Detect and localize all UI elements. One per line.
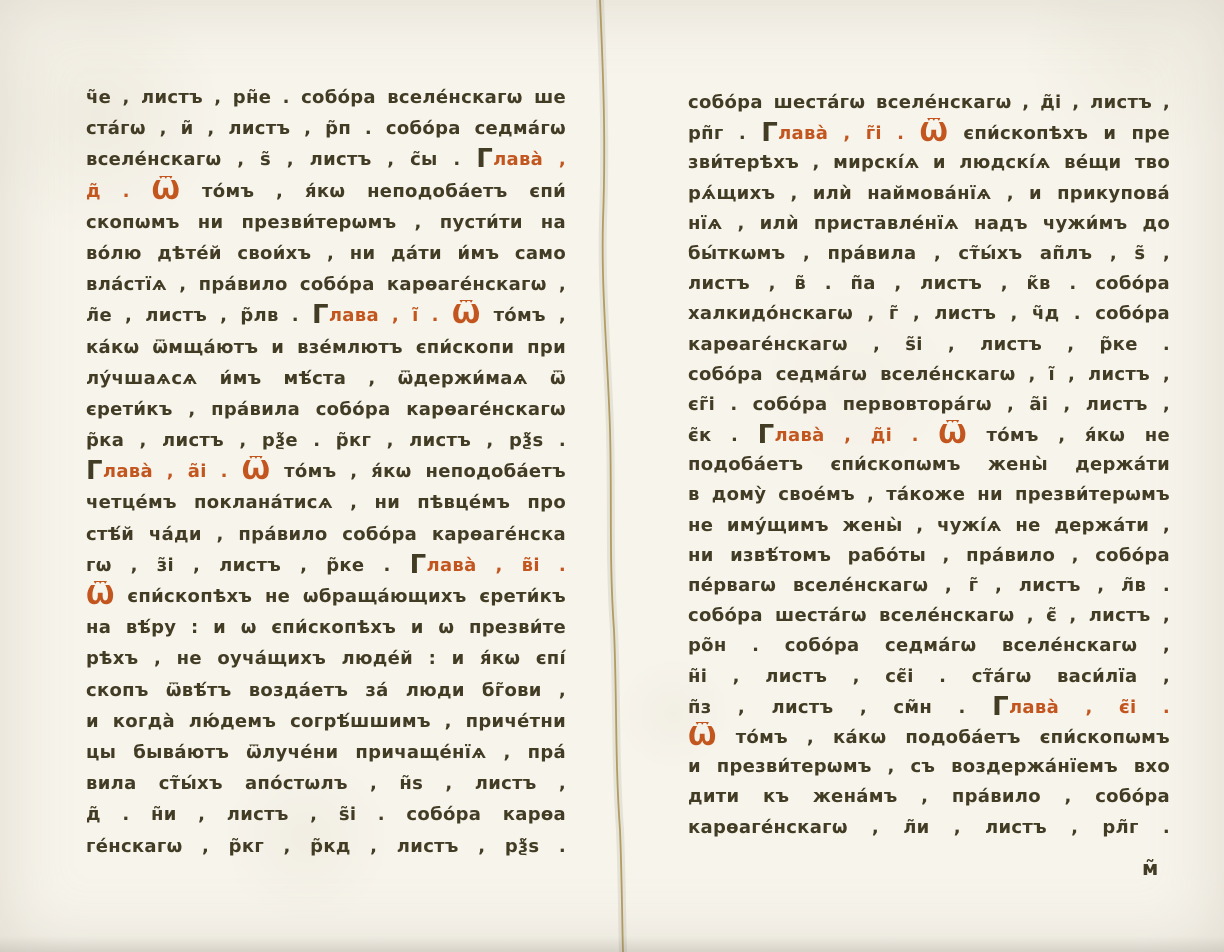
body-text: л̃е , листъ , р̃лв . <box>86 305 312 326</box>
body-text: п̃з , листъ , см̃н . <box>688 697 992 718</box>
rubric-initial: Ѿ <box>919 118 948 148</box>
rubric-text: лава̀ , <box>493 149 566 170</box>
quire-signature-mark: м̃ <box>1142 856 1158 880</box>
text-line: стѣ́й ча́ди , пра́вило собо́ра карѳаге́н… <box>86 519 566 550</box>
body-text: во́лю дѣте́й свои́хъ , ни да́ти и́мъ сам… <box>86 243 566 264</box>
body-text: листъ , в̃ . п̃а , листъ , к̃в . собо́ра <box>688 273 1170 294</box>
text-line: карѳаге́нскагѡ , л̃и , листъ , рл̃г . <box>688 813 1170 843</box>
rubric-text: лава̀ , є̃і . <box>1009 697 1170 718</box>
body-text: дити къ жена́мъ , пра́вило , собо́ра <box>688 786 1170 807</box>
text-line: Ѿ єпи́скопѣхъ не ѡбраща́ющихъ єрети́къ <box>86 581 566 612</box>
text-line: зви́терѣхъ , мирскі́ѧ и людскі́ѧ ве́щи т… <box>688 148 1170 178</box>
body-text: бы́ткѡмъ , пра́вила , ст̃ы́хъ ап̃лъ , ѕ̃… <box>688 243 1170 264</box>
body-text: карѳаге́нскагѡ , ѕ̃і , листъ , р̃ке . <box>688 334 1170 355</box>
body-text: подоба́етъ єпи́скопѡмъ жены̀ держа́ти <box>688 454 1170 475</box>
body-text: ста́гѡ , и̃ , листъ , р̃п . собо́ра седм… <box>86 118 566 139</box>
text-line: п̃з , листъ , см̃н . Глава̀ , є̃і . <box>688 692 1170 722</box>
rubric-text: лава̀ , а̃і . <box>103 461 242 482</box>
body-text: на вѣ́ру : и ѡ єпи́скопѣхъ и ѡ презви́те <box>86 617 566 638</box>
text-line: цы быва́ютъ ѿлуче́ни причаще́нїѧ , пра́ <box>86 737 566 768</box>
book-scan: ч̃е , листъ , рн̃е . собо́ра вселе́нскаг… <box>0 0 1224 952</box>
rubric-initial: Ѿ <box>452 300 481 330</box>
body-text: собо́ра шеста́гѡ вселе́нскагѡ , є̃ , лис… <box>688 605 1170 626</box>
body-text: то́мъ , я́кѡ неподоба́етъ <box>270 461 566 482</box>
text-line: єрети́къ , пра́вила собо́ра карѳаге́нска… <box>86 394 566 425</box>
text-line: подоба́етъ єпи́скопѡмъ жены̀ держа́ти <box>688 450 1170 480</box>
body-text: ге́нскагѡ , р̃кг , р̃кд , листъ , рѯ̃ѕ . <box>86 836 566 857</box>
body-text: не иму́щимъ жены̀ , чужі́ѧ не держа́ти , <box>688 515 1170 536</box>
rubric-initial: Ѿ <box>152 176 181 206</box>
body-text: и презви́терѡмъ , съ воздержа́нїемъ вхо <box>688 756 1170 777</box>
text-line: и презви́терѡмъ , съ воздержа́нїемъ вхо <box>688 752 1170 782</box>
body-text: ч̃е , листъ , рн̃е . собо́ра вселе́нскаг… <box>86 87 566 108</box>
body-text: єпи́скопѣхъ и пре <box>948 123 1170 144</box>
text-line: Глава̀ , а̃і . Ѿ то́мъ , я́кѡ неподоба́е… <box>86 456 566 487</box>
body-text: р̃ка , листъ , рѯ̃е . р̃кг , листъ , рѯ̃… <box>86 430 566 451</box>
text-line: в дому̀ свое́мъ , та́коже ни презви́терѡ… <box>688 480 1170 510</box>
body-text: лу́чшаѧсѧ и́мъ мѣ́ста , ѿдержи́маѧ ѿ <box>86 368 566 389</box>
text-line: ге́нскагѡ , р̃кг , р̃кд , листъ , рѯ̃ѕ . <box>86 831 566 862</box>
text-line: д̃ . н̃и , листъ , ѕ̃і . собо́ра карѳа <box>86 799 566 830</box>
text-line: карѳаге́нскагѡ , ѕ̃і , листъ , р̃ке . <box>688 330 1170 360</box>
body-text: зви́терѣхъ , мирскі́ѧ и людскі́ѧ ве́щи т… <box>688 152 1170 173</box>
text-line: скопѡмъ ни презви́терѡмъ , пусти́ти на <box>86 207 566 238</box>
chapter-initial: Г <box>312 300 329 330</box>
text-line: четце́мъ поклана́тисѧ , ни пѣвце́мъ про <box>86 487 566 518</box>
left-page-text-block: ч̃е , листъ , рн̃е . собо́ра вселе́нскаг… <box>86 82 566 862</box>
body-text: рп̃г . <box>688 123 761 144</box>
text-line: н̃і , листъ , сє̃і . ст̃а́гѡ васи́лїа , <box>688 662 1170 692</box>
body-text: є̃к . <box>688 425 758 446</box>
rubric-text: лава̀ , г̃і . <box>778 123 919 144</box>
body-text: то́мъ , <box>481 305 566 326</box>
text-line: собо́ра шеста́гѡ вселе́нскагѡ , є̃ , лис… <box>688 601 1170 631</box>
body-text: д̃ . н̃и , листъ , ѕ̃і . собо́ра карѳа <box>86 804 566 825</box>
body-text: рѧ́щихъ , илѝ наймова́нїѧ , и прикупова́ <box>688 183 1170 204</box>
text-line: вила ст̃ы́хъ апо́стѡлъ , н̃ѕ , листъ , <box>86 768 566 799</box>
chapter-initial: Г <box>410 550 427 580</box>
body-text: карѳаге́нскагѡ , л̃и , листъ , рл̃г . <box>688 817 1170 838</box>
rubric-text: лава , і̃ . <box>329 305 452 326</box>
body-text: єрети́къ , пра́вила собо́ра карѳаге́нска… <box>86 399 566 420</box>
text-line: гѡ , з̃і , листъ , р̃ке . Глава̀ , в̃і . <box>86 550 566 581</box>
body-text: єпи́скопѣхъ не ѡбраща́ющихъ єрети́къ <box>115 586 566 607</box>
rubric-initial: Ѿ <box>688 722 717 752</box>
text-line: є̃к . Глава̀ , д̃і . Ѿ то́мъ , я́кѡ не <box>688 420 1170 450</box>
chapter-initial: Г <box>761 118 778 148</box>
text-line: собо́ра седма́гѡ вселе́нскагѡ , і̃ , лис… <box>688 360 1170 390</box>
body-text: вселе́нскагѡ , ѕ̃ , листъ , с̃ы . <box>86 149 476 170</box>
body-text: то́мъ , я́кѡ не <box>967 425 1170 446</box>
text-line: дити къ жена́мъ , пра́вило , собо́ра <box>688 782 1170 812</box>
rubric-text: лава̀ , в̃і . <box>426 555 566 576</box>
text-line: бы́ткѡмъ , пра́вила , ст̃ы́хъ ап̃лъ , ѕ̃… <box>688 239 1170 269</box>
body-text: то́мъ , я́кѡ неподоба́етъ єпи́ <box>180 181 566 202</box>
text-line: и когда̀ лю́демъ согрѣ́шшимъ , приче́тни <box>86 706 566 737</box>
body-text: ка́кѡ ѿмща́ютъ и взе́млютъ єпи́скопи при <box>86 337 566 358</box>
text-line: пе́рвагѡ вселе́нскагѡ , г̃ , листъ , л̃в… <box>688 571 1170 601</box>
text-line: Ѿ то́мъ , ка́кѡ подоба́етъ єпи́скопѡмъ <box>688 722 1170 752</box>
chapter-initial: Г <box>476 144 493 174</box>
body-text: собо́ра седма́гѡ вселе́нскагѡ , і̃ , лис… <box>688 364 1170 385</box>
body-text: ни извѣ́томъ рабо́ты , пра́вило , собо́р… <box>688 545 1170 566</box>
rubric-initial: Ѿ <box>86 581 115 611</box>
text-line: рп̃г . Глава̀ , г̃і . Ѿ єпи́скопѣхъ и пр… <box>688 118 1170 148</box>
chapter-initial: Г <box>86 456 103 486</box>
text-line: нїѧ , илѝ приставле́нїѧ надъ чужи́мъ до <box>688 209 1170 239</box>
body-text: халкидо́нскагѡ , г̃ , листъ , ч̃д . собо… <box>688 303 1170 324</box>
body-text: н̃і , листъ , сє̃і . ст̃а́гѡ васи́лїа , <box>688 666 1170 687</box>
body-text: стѣ́й ча́ди , пра́вило собо́ра карѳаге́н… <box>86 524 566 545</box>
text-line: вла́стїѧ , пра́вило собо́ра карѳаге́нска… <box>86 269 566 300</box>
text-line: на вѣ́ру : и ѡ єпи́скопѣхъ и ѡ презви́те <box>86 612 566 643</box>
chapter-initial: Г <box>992 692 1009 722</box>
text-line: рѧ́щихъ , илѝ наймова́нїѧ , и прикупова́ <box>688 179 1170 209</box>
scan-bottom-edge-shadow <box>0 936 1224 952</box>
body-text: рѣхъ , не оуча́щихъ люде́й : и я́кѡ єпі́ <box>86 648 566 669</box>
body-text: єг̃і . собо́ра первовтора́гѡ , а̃і , лис… <box>688 394 1170 415</box>
text-line: р̃ка , листъ , рѯ̃е . р̃кг , листъ , рѯ̃… <box>86 425 566 456</box>
rubric-initial: Ѿ <box>242 456 271 486</box>
body-text: пе́рвагѡ вселе́нскагѡ , г̃ , листъ , л̃в… <box>688 575 1170 596</box>
text-line: листъ , в̃ . п̃а , листъ , к̃в . собо́ра <box>688 269 1170 299</box>
text-line: скопъ ѿвѣ́тъ возда́етъ за́ люди бг̃ови , <box>86 675 566 706</box>
rubric-text: д̃ . <box>86 181 152 202</box>
rubric-text: лава̀ , д̃і . <box>775 425 939 446</box>
right-page-text-block: собо́ра шеста́гѡ вселе́нскагѡ , д̃і , ли… <box>688 88 1170 843</box>
text-line: л̃е , листъ , р̃лв . Глава , і̃ . Ѿ то́м… <box>86 300 566 331</box>
text-line: єг̃і . собо́ра первовтора́гѡ , а̃і , лис… <box>688 390 1170 420</box>
text-line: ста́гѡ , и̃ , листъ , р̃п . собо́ра седм… <box>86 113 566 144</box>
body-text: ро̃н . собо́ра седма́гѡ вселе́нскагѡ , <box>688 635 1170 656</box>
body-text: в дому̀ свое́мъ , та́коже ни презви́терѡ… <box>688 484 1170 505</box>
text-line: рѣхъ , не оуча́щихъ люде́й : и я́кѡ єпі́ <box>86 643 566 674</box>
text-line: не иму́щимъ жены̀ , чужі́ѧ не держа́ти , <box>688 511 1170 541</box>
body-text: собо́ра шеста́гѡ вселе́нскагѡ , д̃і , ли… <box>688 92 1170 113</box>
body-text: гѡ , з̃і , листъ , р̃ке . <box>86 555 410 576</box>
body-text: и когда̀ лю́демъ согрѣ́шшимъ , приче́тни <box>86 711 566 732</box>
body-text: нїѧ , илѝ приставле́нїѧ надъ чужи́мъ до <box>688 213 1170 234</box>
body-text: вла́стїѧ , пра́вило собо́ра карѳаге́нска… <box>86 274 566 295</box>
body-text: вила ст̃ы́хъ апо́стѡлъ , н̃ѕ , листъ , <box>86 773 566 794</box>
text-line: во́лю дѣте́й свои́хъ , ни да́ти и́мъ сам… <box>86 238 566 269</box>
chapter-initial: Г <box>758 420 775 450</box>
body-text: цы быва́ютъ ѿлуче́ни причаще́нїѧ , пра́ <box>86 742 566 763</box>
body-text: четце́мъ поклана́тисѧ , ни пѣвце́мъ про <box>86 492 566 513</box>
body-text: скопѡмъ ни презви́терѡмъ , пусти́ти на <box>86 212 566 233</box>
text-line: лу́чшаѧсѧ и́мъ мѣ́ста , ѿдержи́маѧ ѿ <box>86 363 566 394</box>
text-line: вселе́нскагѡ , ѕ̃ , листъ , с̃ы . Глава̀… <box>86 144 566 175</box>
rubric-initial: Ѿ <box>938 420 967 450</box>
body-text: скопъ ѿвѣ́тъ возда́етъ за́ люди бг̃ови , <box>86 680 566 701</box>
text-line: ни извѣ́томъ рабо́ты , пра́вило , собо́р… <box>688 541 1170 571</box>
text-line: д̃ . Ѿ то́мъ , я́кѡ неподоба́етъ єпи́ <box>86 176 566 207</box>
text-line: ка́кѡ ѿмща́ютъ и взе́млютъ єпи́скопи при <box>86 332 566 363</box>
text-line: ч̃е , листъ , рн̃е . собо́ра вселе́нскаг… <box>86 82 566 113</box>
text-line: ро̃н . собо́ра седма́гѡ вселе́нскагѡ , <box>688 631 1170 661</box>
body-text: то́мъ , ка́кѡ подоба́етъ єпи́скопѡмъ <box>717 727 1170 748</box>
text-line: халкидо́нскагѡ , г̃ , листъ , ч̃д . собо… <box>688 299 1170 329</box>
text-line: собо́ра шеста́гѡ вселе́нскагѡ , д̃і , ли… <box>688 88 1170 118</box>
